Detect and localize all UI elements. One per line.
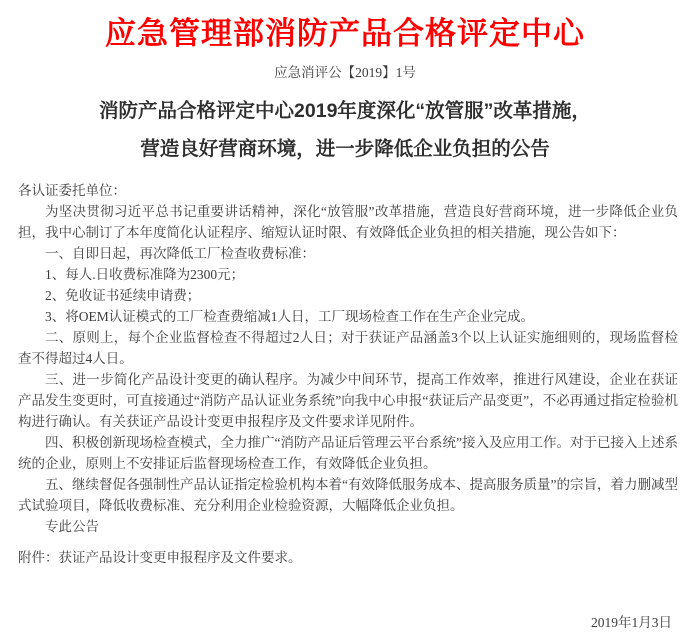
section-1-sub-item-2: 2、免收证书延续申请费； (18, 285, 678, 306)
section-1-sub-item-1: 1、每人.日收费标准降为2300元； (18, 264, 678, 285)
section-1-sub-item-3: 3、将OEM认证模式的工厂检查费缩减1人日，工厂现场检查工作在生产企业完成。 (18, 306, 678, 327)
announcement-headline-line-1: 消防产品合格评定中心2019年度深化“放管服”改革措施， (0, 92, 690, 130)
section-3-paragraph: 三、进一步简化产品设计变更的确认程序。为减少中间环节，提高工作效率，推进行风建设… (18, 369, 678, 432)
document-number: 应急消评公【2019】1号 (0, 54, 690, 92)
attachment-note: 附件：获证产品设计变更申报程序及文件要求。 (18, 547, 678, 568)
announcement-body: 各认证委托单位： 为坚决贯彻习近平总书记重要讲话精神，深化“放管服”改革措施，营… (0, 180, 690, 633)
announcement-document: 应急管理部消防产品合格评定中心 应急消评公【2019】1号 消防产品合格评定中心… (0, 0, 690, 640)
document-date: 2019年1月3日 (18, 612, 678, 633)
announcement-headline-line-2: 营造良好营商环境，进一步降低企业负担的公告 (0, 130, 690, 168)
section-2-paragraph: 二、原则上，每个企业监督检查不得超过2人日；对于获证产品涵盖3个以上认证实施细则… (18, 327, 678, 369)
salutation: 各认证委托单位： (18, 180, 678, 201)
paragraph-intro: 为坚决贯彻习近平总书记重要讲话精神，深化“放管服”改革措施，营造良好营商环境，进… (18, 201, 678, 243)
page-title: 应急管理部消防产品合格评定中心 (0, 14, 690, 54)
section-4-paragraph: 四、积极创新现场检查模式，全力推广“消防产品证后管理云平台系统”接入及应用工作。… (18, 432, 678, 474)
closing-note: 专此公告 (18, 516, 678, 537)
section-5-paragraph: 五、继续督促各强制性产品认证指定检验机构本着“有效降低服务成本、提高服务质量”的… (18, 474, 678, 516)
section-1-heading: 一、自即日起，再次降低工厂检查收费标准： (18, 243, 678, 264)
